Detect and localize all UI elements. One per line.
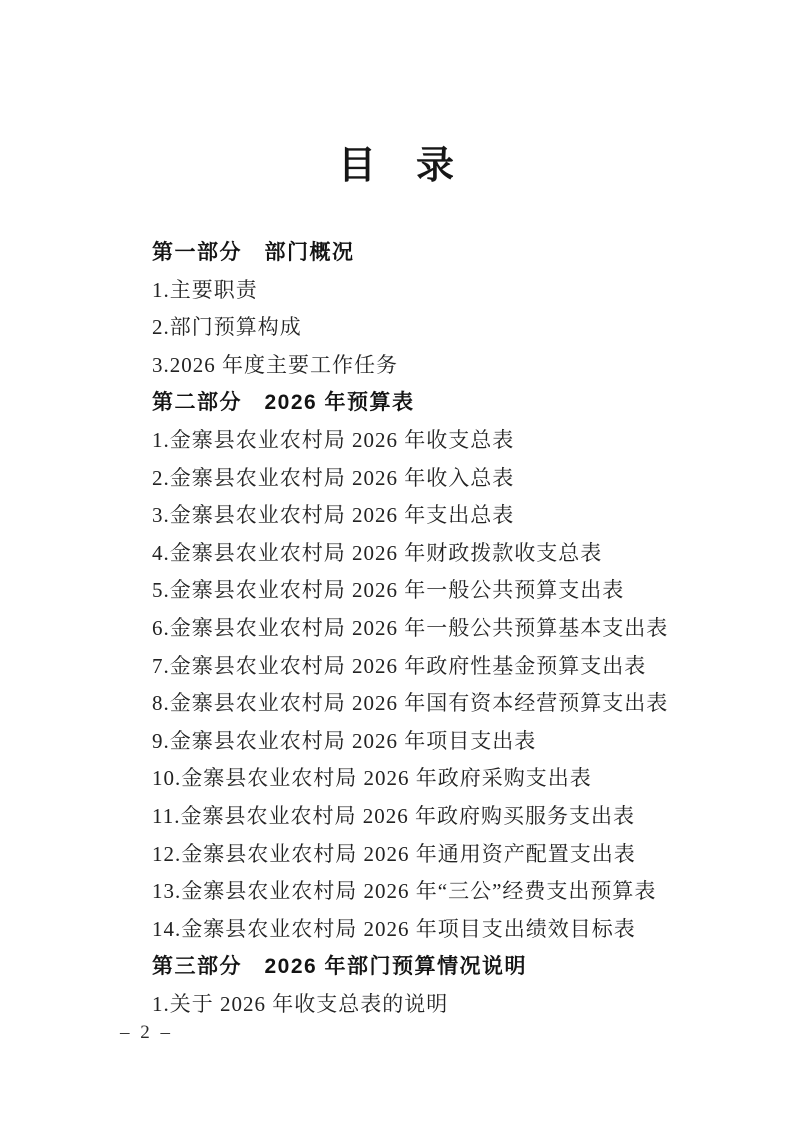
toc-item: 7.金寨县农业农村局 2026 年政府性基金预算支出表 — [152, 648, 769, 686]
toc-section-1-heading: 第一部分 部门概况 — [152, 234, 769, 272]
toc-item: 10.金寨县农业农村局 2026 年政府采购支出表 — [152, 760, 769, 798]
toc-section-2-heading: 第二部分 2026 年预算表 — [152, 384, 769, 422]
toc-item: 3.2026 年度主要工作任务 — [152, 347, 769, 385]
toc-item: 1.金寨县农业农村局 2026 年收支总表 — [152, 422, 769, 460]
toc-item: 2.部门预算构成 — [152, 309, 769, 347]
toc-item: 6.金寨县农业农村局 2026 年一般公共预算基本支出表 — [152, 610, 769, 648]
toc-item: 2.金寨县农业农村局 2026 年收入总表 — [152, 460, 769, 498]
toc-item: 14.金寨县农业农村局 2026 年项目支出绩效目标表 — [152, 911, 769, 949]
toc-item: 13.金寨县农业农村局 2026 年“三公”经费支出预算表 — [152, 873, 769, 911]
toc-item: 12.金寨县农业农村局 2026 年通用资产配置支出表 — [152, 836, 769, 874]
toc-item: 4.金寨县农业农村局 2026 年财政拨款收支总表 — [152, 535, 769, 573]
page-number: – 2 – — [120, 1022, 173, 1044]
toc-item: 11.金寨县农业农村局 2026 年政府购买服务支出表 — [152, 798, 769, 836]
toc-item: 5.金寨县农业农村局 2026 年一般公共预算支出表 — [152, 572, 769, 610]
toc-section-3-heading: 第三部分 2026 年部门预算情况说明 — [152, 948, 769, 986]
page-title: 目 录 — [0, 144, 793, 188]
toc-item: 9.金寨县农业农村局 2026 年项目支出表 — [152, 723, 769, 761]
toc-item: 1.关于 2026 年收支总表的说明 — [152, 986, 769, 1024]
toc-item: 3.金寨县农业农村局 2026 年支出总表 — [152, 497, 769, 535]
document-page: 目 录 第一部分 部门概况 1.主要职责 2.部门预算构成 3.2026 年度主… — [0, 0, 793, 1122]
toc-item: 1.主要职责 — [152, 272, 769, 310]
toc-item: 8.金寨县农业农村局 2026 年国有资本经营预算支出表 — [152, 685, 769, 723]
table-of-contents: 第一部分 部门概况 1.主要职责 2.部门预算构成 3.2026 年度主要工作任… — [152, 234, 769, 1023]
